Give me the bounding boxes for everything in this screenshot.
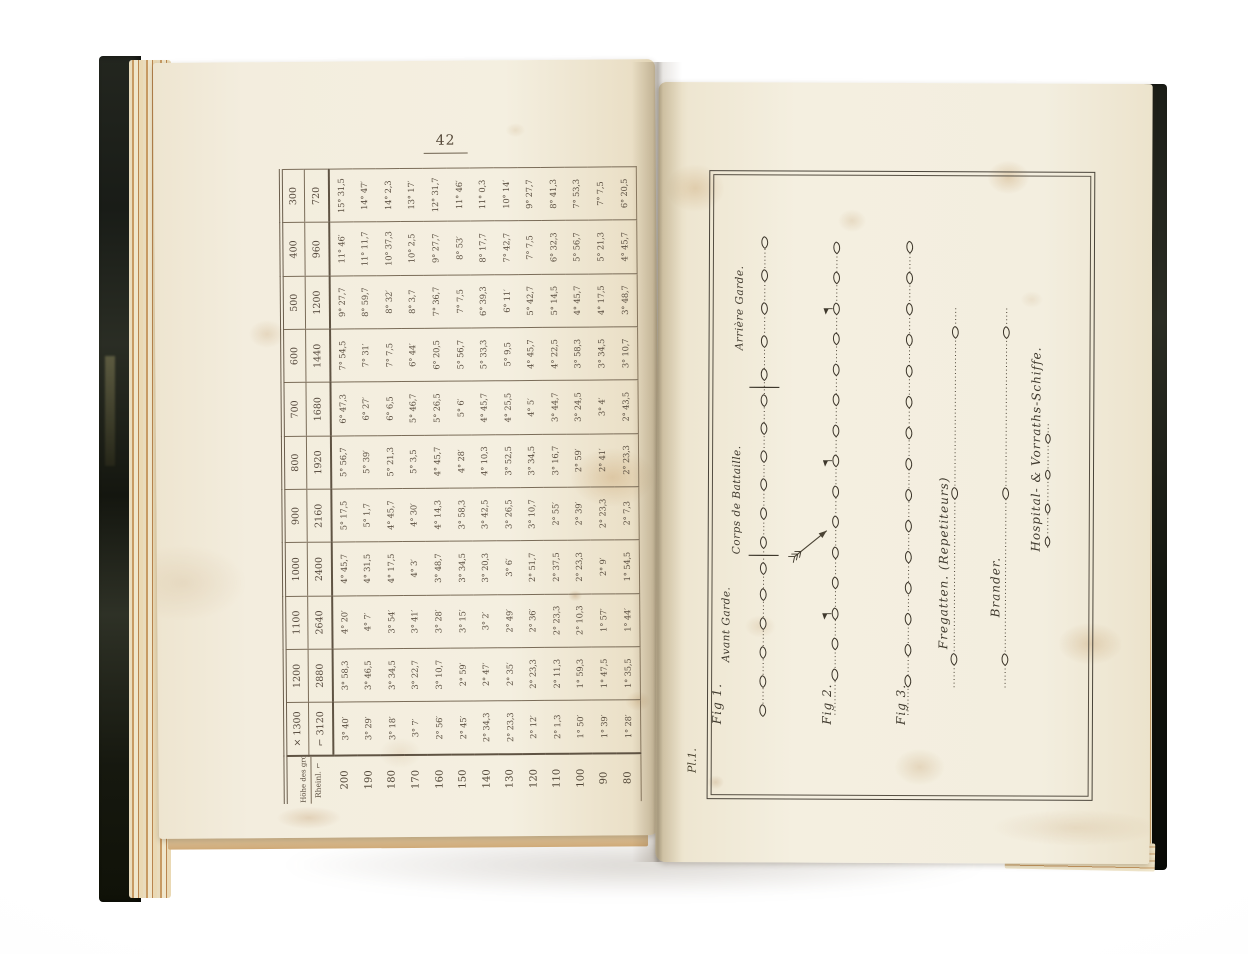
fig1-ship-symbol [761,537,767,549]
angle-value-cell: 11° 46′ [447,168,471,222]
distance-header: 1000 [284,543,308,596]
fig3-ship-symbol [906,396,912,408]
angle-value-cell: 2° 12′ [521,701,545,754]
distance-feet-header: 2160 [307,489,332,543]
fig2-flag [824,309,829,315]
angle-value-cell: 4° 30′ [402,488,426,541]
hospital-label: Hospital- & Vorraths-Schiffe. [1029,346,1044,551]
angle-value-cell: 1° 35,5 [615,647,640,701]
angle-value-cell: 8° 53′ [447,221,471,274]
angle-value-cell: 1° 39′ [592,700,616,753]
fig3-label: Fig 3. [894,684,908,725]
angle-value-cell: 2° 23,3 [614,433,639,487]
fig3-ship-symbol [907,272,913,284]
angle-value-cell: 9° 27,7 [423,222,447,275]
mast-angle-table-rotated: Höhe des grossen Mastes.Rheinl. ⌐× 13001… [279,166,644,805]
mast-height-label: 180 [381,755,405,803]
fig3-ship-symbol [906,489,912,501]
fig1-ship-symbol [761,423,767,435]
angle-value-cell: 4° 10,3 [472,434,496,487]
angle-value-cell: 11° 0,3 [470,168,494,222]
angle-value-cell: 3° 34,5 [519,434,543,487]
angle-value-cell: 5° 56,7 [331,436,355,489]
fig2-ship-symbol [833,364,839,376]
left-page: 42 Höhe des grossen Mastes.Rheinl. ⌐× 13… [153,59,661,839]
fig1-ship-symbol [760,647,766,659]
fig2-ship-symbol [832,577,838,589]
fig1-ship-symbol [760,589,766,601]
angle-value-cell: 1° 44′ [615,593,640,647]
hospital-ship-symbol [1045,504,1050,513]
angle-value-cell: 2° 7,3 [614,487,639,541]
fig2-ship-symbol [833,486,839,498]
angle-value-cell: 2° 51,7 [520,541,544,594]
angle-value-cell: 3° 10,7 [520,487,544,540]
angle-value-cell: 4° 5′ [519,381,543,434]
angle-value-cell: 11° 46′ [329,222,353,275]
fig1-ship-symbol [762,237,768,249]
fig3-ship-symbol [906,427,912,439]
angle-value-cell: 3° 24,5 [566,380,590,433]
angle-value-cell: 2° 36′ [521,594,545,647]
angle-value-cell: 4° 45,7 [612,220,637,274]
fig1-ship-symbol [761,336,767,348]
angle-value-cell: 5° 33,3 [471,328,495,381]
distance-header: 300 [281,169,305,223]
angle-value-cell: 1° 28′ [616,700,641,754]
brander-label: Brander. [988,557,1002,618]
angle-value-cell: 4° 45,7 [425,435,449,488]
fig1-ship-symbol [761,479,767,491]
fig3-ship-symbol [905,551,911,563]
angle-value-cell: 6° 6,5 [378,382,402,435]
angle-value-cell: 2° 23,3 [521,647,545,700]
distance-header: 900 [283,489,307,542]
angle-value-cell: 6° 20,5 [424,328,448,381]
angle-value-cell: 5° 6′ [448,381,472,434]
angle-value-cell: 2° 47′ [474,648,498,701]
mast-height-label: 120 [522,754,546,802]
distance-feet-header: 1200 [305,276,330,330]
brander-ship-symbol [1003,488,1009,500]
fig1-ship-symbol [761,508,767,520]
fregatten-ship-symbol [951,654,957,666]
angle-value-cell: 3° 42,5 [473,488,497,541]
fig1-ship-symbol [762,303,768,315]
hospital-ship-symbol [1045,537,1050,546]
angle-value-cell: 2° 56′ [427,701,451,754]
angle-value-cell: 3° 22,7 [403,648,427,701]
angle-value-cell: 4° 3′ [402,542,426,595]
angle-value-cell: 3° 48,7 [426,541,450,594]
fig1-ship-symbol [760,676,766,688]
angle-value-cell: 3° 34,5 [380,648,404,701]
angle-value-cell: 7° 31′ [354,329,378,382]
angle-value-cell: 4° 45,7 [378,488,402,541]
fig3-ship-symbol [906,334,912,346]
distance-header: × 1300 [285,702,309,755]
angle-value-cell: 2° 37,5 [544,540,568,593]
fig3-ship-symbol [907,241,913,253]
fig1-ship-symbol [761,451,767,463]
angle-value-cell: 3° 44,7 [543,381,567,434]
distance-feet-header: 2880 [308,649,333,703]
angle-value-cell: 3° 6′ [497,541,521,594]
angle-value-cell: 4° 28′ [449,435,473,488]
fig1-ship-symbol [762,270,768,282]
angle-value-cell: 7° 7,5 [447,275,471,328]
angle-value-cell: 7° 42,7 [494,221,518,274]
angle-value-cell: 8° 41,3 [541,167,565,221]
hospital-ship-symbol [1046,470,1051,479]
angle-value-cell: 8° 32′ [377,275,401,328]
angle-value-cell: 3° 46,5 [356,649,380,702]
angle-value-cell: 1° 50′ [569,700,593,753]
angle-value-cell: 4° 45,7 [332,542,356,595]
angle-value-cell: 1° 57′ [591,593,615,646]
angle-value-cell: 4° 31,5 [355,542,379,595]
plate-number: Pl.1. [686,748,699,773]
angle-value-cell: 3° 34,5 [450,541,474,594]
fig3-ship-symbol [905,613,911,625]
angle-value-cell: 5° 21,3 [378,435,402,488]
angle-value-cell: 8° 59,7 [353,275,377,328]
distance-header: 1100 [284,596,308,649]
fig3-ship-symbol [906,365,912,377]
angle-value-cell: 3° 4′ [590,380,614,433]
fig3-ship-symbol [905,644,911,656]
distance-feet-header: 720 [304,169,329,223]
distance-feet-header: 2640 [308,596,333,650]
angle-value-cell: 3° 2′ [474,594,498,647]
page-number: 42 [424,133,468,154]
fregatten-ship-symbol [952,488,958,500]
distance-header: 700 [282,383,306,436]
angle-value-cell: 14° 47′ [352,169,376,223]
angle-value-cell: 3° 10,7 [613,327,638,381]
distance-header: 600 [282,329,306,382]
mast-angle-table: Höhe des grossen Mastes.Rheinl. ⌐× 13001… [279,166,642,804]
fig1-section-label-1: Corps de Battaille. [731,445,743,554]
fig2-ship-symbol [832,608,838,620]
angle-value-cell: 2° 43,5 [613,380,638,434]
distance-feet-header: 1440 [306,329,331,383]
angle-value-cell: 5° 9,5 [495,328,519,381]
mast-height-label: 160 [428,755,452,803]
angle-value-cell: 4° 45,7 [472,381,496,434]
angle-value-cell: 13° 17′ [399,168,423,222]
fig2-label: Fig 2. [820,684,834,725]
angle-value-cell: 5° 46,7 [401,382,425,435]
angle-value-cell: 9° 27,7 [517,167,541,221]
angle-value-cell: 4° 17,5 [379,542,403,595]
angle-value-cell: 10° 14′ [494,168,518,222]
angle-value-cell: 4° 25,5 [495,381,519,434]
angle-value-cell: 4° 22,5 [542,327,566,380]
mast-height-label: 100 [569,754,593,802]
angle-value-cell: 3° 48,7 [612,273,637,327]
brander-ship-symbol [1003,327,1009,339]
wind-arrow-feather [793,557,794,563]
angle-value-cell: 2° 10,3 [568,594,592,647]
fig2-ship-symbol [834,303,840,315]
fig2-flag [823,461,828,467]
fig2-flag [822,614,827,620]
mast-height-label: 190 [357,755,381,803]
angle-value-cell: 2° 23,3 [498,701,522,754]
angle-value-cell: 7° 7,5 [588,167,612,221]
angle-value-cell: 2° 35′ [498,647,522,700]
distance-header: 500 [282,276,306,329]
fig2-ship-symbol [832,669,838,681]
angle-value-cell: 3° 41′ [403,595,427,648]
angle-value-cell: 8° 17,7 [471,221,495,274]
angle-value-cell: 5° 17,5 [331,489,355,542]
angle-value-cell: 3° 10,7 [427,648,451,701]
fig1-section-label-0: Avant Garde. [720,587,732,663]
fig2-ship-symbol [832,638,838,650]
angle-value-cell: 3° 58,3 [449,488,473,541]
angle-value-cell: 5° 1,7 [355,489,379,542]
fig2-ship-symbol [833,394,839,406]
angle-value-cell: 2° 39′ [567,487,591,540]
book-photograph: 42 Höhe des grossen Mastes.Rheinl. ⌐× 13… [0,0,1248,954]
angle-value-cell: 2° 41′ [590,434,614,487]
angle-value-cell: 4° 45,7 [519,327,543,380]
angle-value-cell: 1° 47,5 [592,647,616,700]
fregatten-ship-symbol [952,327,958,339]
angle-value-cell: 3° 52,5 [496,434,520,487]
angle-value-cell: 3° 29′ [357,702,381,755]
fig2-ship-symbol [834,272,840,284]
angle-value-cell: 3° 34,5 [589,327,613,380]
fig1-label: Fig 1. [710,683,724,724]
angle-value-cell: 3° 16,7 [543,434,567,487]
plate-frame: Fig 1.Avant Garde.Corps de Battaille.Arr… [707,170,1096,801]
angle-value-cell: 3° 7′ [404,702,428,755]
distance-feet-header: 2400 [307,542,332,596]
fig1-ship-symbol [760,563,766,575]
angle-value-cell: 11° 11,7 [353,222,377,275]
angle-value-cell: 7° 54,5 [330,329,354,382]
fig3-ship-symbol [905,582,911,594]
angle-value-cell: 2° 11,3 [545,647,569,700]
angle-value-cell: 2° 23,3 [567,540,591,593]
angle-value-cell: 1° 54,5 [614,540,639,594]
angle-value-cell: 10° 2,5 [400,222,424,275]
fig1-ship-symbol [760,705,766,717]
distance-header: 1200 [285,649,309,702]
angle-value-cell: 2° 49′ [497,594,521,647]
distance-feet-header: ⌐ 3120 [308,702,333,756]
angle-value-cell: 4° 20′ [332,595,356,648]
angle-value-cell: 3° 26,5 [496,488,520,541]
angle-value-cell: 7° 53,3 [564,167,588,221]
mast-height-label: 170 [404,755,428,803]
angle-value-cell: 2° 55′ [543,487,567,540]
mast-height-label: 150 [451,754,475,802]
angle-value-cell: 5° 14,5 [542,274,566,327]
mast-height-label: 110 [545,754,569,802]
angle-value-cell: 2° 23,3 [544,594,568,647]
distance-header: 400 [281,223,305,276]
fig1-ship-symbol [761,395,767,407]
angle-value-cell: 5° 39′ [354,435,378,488]
angle-value-cell: 2° 59′ [567,434,591,487]
angle-value-cell: 12° 31,7 [423,168,447,222]
angle-value-cell: 4° 14,3 [426,488,450,541]
angle-value-cell: 6° 39,3 [471,274,495,327]
angle-value-cell: 3° 28′ [426,595,450,648]
fig2-ship-symbol [834,242,840,254]
angle-value-cell: 6° 20,5 [612,167,637,221]
fig3-ship-symbol [907,303,913,315]
fig2-ship-symbol [833,333,839,345]
fig2-ship-symbol [833,425,839,437]
fig1-section-label-2: Arrière Garde. [734,266,746,351]
mast-height-label: 130 [498,754,522,802]
hospital-ship-symbol [1046,434,1051,443]
angle-value-cell: 3° 40′ [333,702,357,755]
angle-value-cell: 5° 3,5 [402,435,426,488]
angle-value-cell: 2° 59′ [450,648,474,701]
fleet-formation-plate: Fig 1.Avant Garde.Corps de Battaille.Arr… [708,171,1095,800]
angle-value-cell: 6° 47,3 [330,382,354,435]
distance-feet-header: 1920 [306,436,331,490]
angle-value-cell: 5° 56,7 [448,328,472,381]
angle-value-cell: 3° 15′ [450,595,474,648]
angle-value-cell: 5° 42,7 [518,274,542,327]
angle-value-cell: 8° 3,7 [400,275,424,328]
mast-height-label: 140 [475,754,499,802]
fig1-ship-symbol [761,369,767,381]
fig2-ship-symbol [833,455,839,467]
right-page: Pl.1. Fig 1.Avant Garde.Corps de Battail… [655,82,1152,864]
angle-value-cell: 6° 44′ [401,328,425,381]
angle-value-cell: 2° 23,3 [590,487,614,540]
fig3-ship-symbol [906,458,912,470]
angle-value-cell: 3° 58,3 [566,327,590,380]
angle-value-cell: 1° 59,3 [568,647,592,700]
angle-value-cell: 6° 27′ [354,382,378,435]
angle-value-cell: 2° 34,3 [474,701,498,754]
mast-height-label: 80 [616,753,641,801]
angle-value-cell: 4° 45,7 [565,274,589,327]
angle-value-cell: 7° 36,7 [424,275,448,328]
angle-value-cell: 9° 27,7 [330,276,354,329]
corner-title: Höhe des grossen Mastes. [299,757,311,804]
mast-height-label: 90 [593,753,617,801]
fig3-ship-symbol [906,520,912,532]
distance-header: 800 [283,436,307,489]
angle-value-cell: 2° 9′ [591,540,615,593]
angle-value-cell: 7° 7,5 [518,221,542,274]
angle-value-cell: 6° 32,3 [541,221,565,274]
fregatten-label: Fregatten. (Repetiteurs) [936,477,951,650]
angle-value-cell: 4° 17,5 [589,274,613,327]
angle-value-cell: 15° 31,5 [329,169,353,223]
corner-subtitle: Rheinl. ⌐ [310,757,322,804]
fig1-ship-symbol [760,618,766,630]
brander-ship-symbol [1002,654,1008,666]
angle-value-cell: 14° 2,3 [376,169,400,223]
angle-value-cell: 6° 11′ [495,274,519,327]
angle-value-cell: 3° 58,3 [333,649,357,702]
distance-feet-header: 1680 [306,382,331,436]
angle-value-cell: 3° 54′ [379,595,403,648]
angle-value-cell: 4° 7′ [356,595,380,648]
angle-value-cell: 5° 56,7 [565,220,589,273]
mast-height-label: 200 [333,755,357,803]
angle-value-cell: 3° 18′ [380,702,404,755]
angle-value-cell: 7° 7,5 [377,329,401,382]
angle-value-cell: 10° 37,3 [376,222,400,275]
angle-value-cell: 5° 26,5 [425,381,449,434]
distance-feet-header: 960 [305,222,330,276]
fig2-ship-symbol [833,516,839,528]
angle-value-cell: 3° 20,3 [473,541,497,594]
angle-value-cell: 2° 45′ [451,701,475,754]
fig2-ship-symbol [832,547,838,559]
angle-value-cell: 2° 1,3 [545,700,569,753]
angle-value-cell: 5° 21,3 [588,220,612,273]
table-corner-header: Höhe des grossen Mastes.Rheinl. ⌐ [285,756,333,804]
